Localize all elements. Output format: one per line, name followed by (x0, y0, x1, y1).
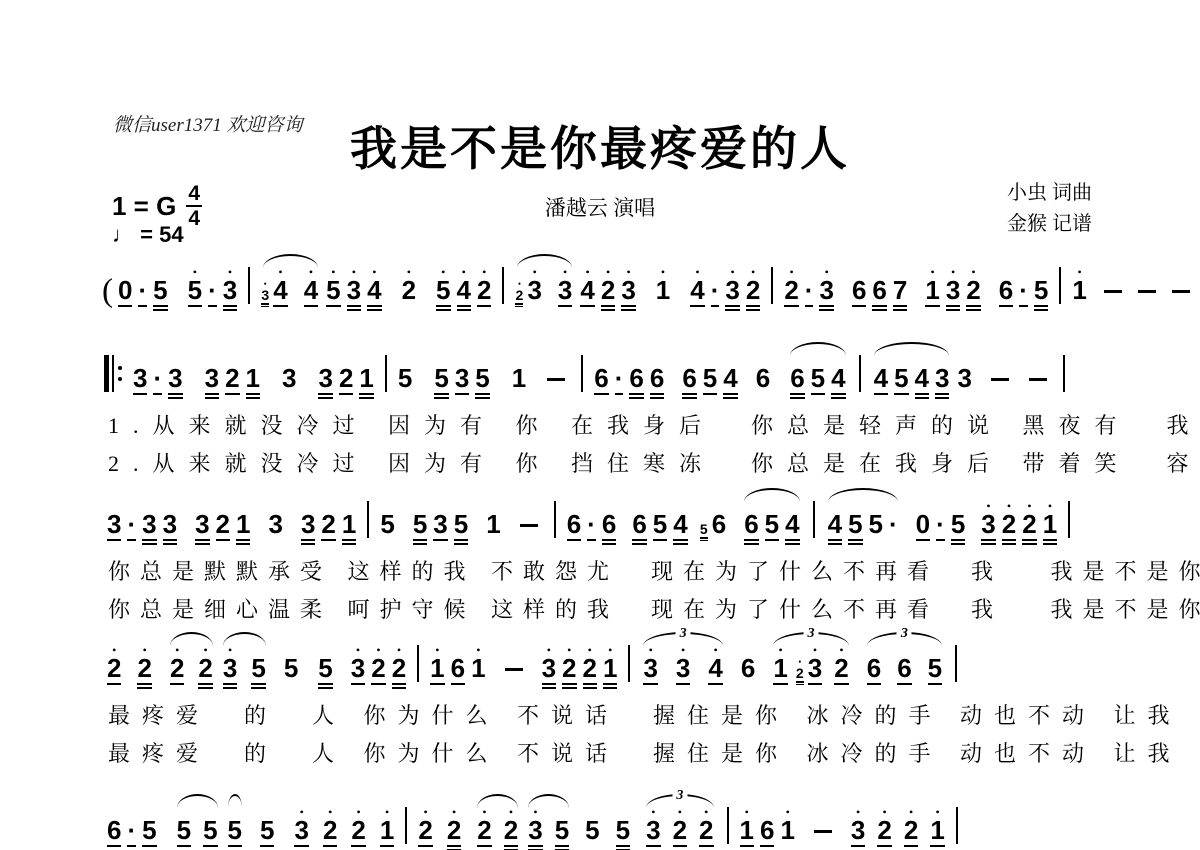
underline-stroke (744, 539, 758, 541)
note-digit: 3 (957, 366, 971, 391)
note: 6 (738, 645, 758, 692)
underline-stroke (153, 393, 162, 395)
underline-stroke (603, 683, 617, 685)
lyrics-verse-1: 最疼爱 的 人 你为什么 不说话 握住是你 冰冷的手 动也不动 让我 (104, 699, 1182, 730)
note-digit: 2 (601, 278, 615, 303)
underline-stroke (740, 845, 754, 847)
barline (955, 645, 957, 682)
rhythm-underline (723, 393, 737, 402)
rhythm-underline (107, 683, 121, 692)
underline-stroke (1034, 305, 1048, 307)
rhythm-underline (746, 305, 760, 314)
gap (299, 401, 315, 402)
note: 5 (1031, 267, 1051, 314)
gap (773, 401, 785, 402)
underline-stroke (447, 845, 461, 847)
rhythm-underline (653, 539, 667, 548)
note: •2 (501, 807, 521, 850)
rhythm-underline (1043, 539, 1057, 548)
tuplet-group: 3 6 6 5 (862, 630, 947, 692)
note: •3 (525, 807, 545, 850)
note-digit: · (1019, 278, 1028, 303)
sheet-music-page: 微信user1371 欢迎咨询 我是不是你最疼爱的人 潘越云 演唱 小虫 词曲 … (0, 0, 1200, 850)
rhythm-underline (925, 305, 939, 314)
underline-stroke (650, 397, 664, 399)
note: •1 (1069, 267, 1089, 314)
note: 5 (472, 355, 492, 402)
note-digit: 2 (392, 656, 406, 681)
note: 2 (336, 355, 356, 402)
note: 5 (395, 355, 415, 402)
note: 6 (564, 501, 584, 548)
note-digit: 3 (455, 366, 469, 391)
rhythm-underline (894, 393, 908, 402)
rhythm-underline (205, 393, 219, 402)
note-digit: 2 (784, 278, 798, 303)
barline (813, 501, 815, 538)
underline-stroke (1022, 539, 1036, 541)
gap (186, 401, 202, 402)
rhythm-underline (643, 683, 657, 692)
underline-stroke (339, 393, 353, 395)
rhythm-underline (228, 845, 242, 850)
underline-stroke (457, 309, 471, 311)
underline-stroke (796, 681, 804, 683)
gap (180, 547, 192, 548)
underline-stroke (562, 687, 576, 689)
note-digit: 3 (107, 512, 121, 537)
rhythm-underline (284, 683, 298, 692)
underline-stroke (246, 393, 260, 395)
rhythm-underline (682, 393, 696, 402)
underline-stroke (796, 684, 804, 686)
note-digit: 3 (851, 818, 865, 843)
note-digit: 4 (831, 366, 845, 391)
note: •4 (364, 267, 384, 314)
notation-row: 3 · 3 3 2 1 3 3 2 1 5 5 3 5 1 6 · 6 6 6 … (104, 340, 1200, 402)
slur-group: 6 5 4 (739, 486, 804, 548)
underline-stroke (107, 683, 121, 685)
underline-stroke (359, 393, 373, 395)
note: •4 (577, 267, 597, 314)
note: •4 (270, 267, 290, 314)
rhythm-underline (811, 393, 825, 402)
gap (975, 401, 983, 402)
rhythm-underline (930, 845, 944, 850)
note-digit: · (587, 512, 596, 537)
note-digit: 5 (894, 366, 908, 391)
rhythm-underline (528, 845, 542, 850)
note: 5 (377, 501, 397, 548)
underline-stroke (223, 687, 237, 689)
rhythm-underline (188, 305, 202, 314)
notation-line-5: 6 · 5 5 5 5 5•3•2•2•1•2•2•2•2•3 5 5 53•3… (104, 792, 966, 850)
lyrics-verse-1: 你总是默默承受 这样的我 不敢怨尤 现在为了什么不再看 我 我是不是你 (104, 555, 1200, 586)
grace-note: 5 (699, 515, 709, 543)
underline-stroke (936, 539, 945, 541)
underline-stroke (928, 683, 942, 685)
rhythm-underline (142, 845, 156, 850)
rhythm-underline (602, 539, 616, 548)
note: 3 (160, 501, 180, 548)
note: 5 (410, 501, 430, 548)
barline (405, 807, 407, 844)
notation-line-2: 3 · 3 3 2 1 3 3 2 1 5 5 3 5 1 6 · 6 6 6 … (104, 340, 1200, 478)
rhythm-underline (893, 305, 907, 314)
underline-stroke (848, 539, 862, 541)
underline-stroke (828, 543, 842, 545)
underline-stroke (1043, 539, 1057, 541)
sustain-dash (814, 830, 832, 833)
note-digit: 6 (594, 366, 608, 391)
underline-stroke (819, 305, 833, 307)
underline-stroke (831, 397, 845, 399)
note-digit: 3 (133, 366, 147, 391)
rhythm-underline (433, 539, 447, 548)
underline-stroke (142, 539, 156, 541)
note-digit: 6 (867, 656, 881, 681)
barline (727, 807, 729, 844)
note: 4 (912, 355, 932, 402)
underline-stroke (392, 683, 406, 685)
underline-stroke (725, 309, 739, 311)
lyrics-verse-2: 你总是细心温柔 呵护守候 这样的我 现在为了什么不再看 我 我是不是你 (104, 593, 1200, 624)
underline-stroke (784, 305, 798, 307)
note-digit: 1 (246, 366, 260, 391)
note: •2 (444, 807, 464, 850)
underline-stroke (632, 539, 646, 541)
note: •3 (848, 807, 868, 850)
slur-arc (790, 342, 845, 356)
gap (385, 313, 399, 314)
note: 6 (869, 267, 889, 314)
rhythm-underline (869, 539, 883, 548)
underline-stroke (897, 683, 911, 685)
slur-arc (517, 254, 572, 268)
rhythm-underline (765, 539, 779, 548)
note: 5 (925, 645, 945, 692)
note: 6 (894, 645, 914, 692)
note: 6 (753, 355, 773, 402)
note: 1 (483, 501, 503, 548)
note-digit: 2 (966, 278, 980, 303)
note: 6 (626, 355, 646, 402)
note-digit: 2 (418, 818, 432, 843)
rhythm-underline (601, 305, 615, 314)
note-digit: 1 (773, 656, 787, 681)
gap (691, 547, 699, 548)
note-digit: 4 (457, 278, 471, 303)
rhythm-underline (236, 539, 250, 548)
slur-group: 5 5 (172, 792, 223, 850)
note-digit: 2 (323, 818, 337, 843)
underline-stroke (872, 309, 886, 311)
rhythm-underline (447, 845, 461, 850)
note-digit: 3 (294, 818, 308, 843)
rhythm-underline (454, 539, 468, 548)
underline-stroke (168, 393, 182, 395)
rhythm-underline (436, 305, 450, 314)
note: 5 (582, 807, 602, 850)
note-digit: 2 (447, 818, 461, 843)
underline-stroke (195, 543, 209, 545)
underline-stroke (137, 687, 151, 689)
underline-stroke (583, 687, 597, 689)
notation-row: 6 · 5 5 5 5 5•3•2•2•1•2•2•2•2•3 5 5 53•3… (104, 792, 966, 850)
note-digit: 1 (380, 818, 394, 843)
note: 5 (613, 807, 633, 850)
note-digit: 5 (380, 512, 394, 537)
rhythm-underline (946, 305, 960, 314)
note: 6 (709, 501, 729, 548)
note-digit: 5 (284, 656, 298, 681)
note: 3 (265, 501, 285, 548)
note-digit: 3 (946, 278, 960, 303)
note: •3 (344, 267, 364, 314)
tuplet-number: 3 (897, 626, 912, 642)
note: 5 (552, 807, 572, 850)
note-digit: 1 (930, 818, 944, 843)
underline-stroke (916, 539, 930, 541)
rhythm-underline (785, 539, 799, 548)
note-digit: · (127, 818, 136, 843)
underline-stroke (893, 309, 907, 311)
gap (639, 313, 653, 314)
note-digit: 5 (326, 278, 340, 303)
note-digit: 3 (301, 512, 315, 537)
underline-stroke (107, 845, 121, 847)
note: •1 (922, 267, 942, 314)
underline-stroke (805, 305, 814, 307)
underline-stroke (392, 687, 406, 689)
tuplet-group: 3•3•3•4 (638, 630, 727, 692)
note: 5 (451, 501, 471, 548)
underline-stroke (367, 309, 381, 311)
underline-stroke (380, 845, 394, 847)
note-digit: 6 (632, 512, 646, 537)
rhythm-underline (1022, 539, 1036, 548)
note: •2 (399, 267, 419, 314)
underline-stroke (632, 543, 646, 545)
underline-stroke (808, 683, 822, 685)
note-digit: 5 (413, 512, 427, 537)
gap (291, 313, 301, 314)
rhythm-underline (223, 683, 237, 692)
note-digit: 2 (216, 512, 230, 537)
gap (301, 691, 315, 692)
underline-stroke (107, 539, 121, 541)
underline-stroke (1034, 309, 1048, 311)
underline-stroke (342, 539, 356, 541)
note: 1 (233, 501, 253, 548)
underline-stroke (163, 543, 177, 545)
gap (529, 401, 539, 402)
dot-of-dotted-note: · (124, 807, 139, 850)
note: •2 (831, 645, 851, 692)
underline-stroke (673, 539, 687, 541)
note: 5 (650, 501, 670, 548)
slur-arc (528, 794, 569, 808)
note: •1 (427, 645, 447, 692)
note-digit: 2 (583, 656, 597, 681)
rhythm-underline (646, 845, 660, 850)
underline-stroke (413, 539, 427, 541)
note: 4 (720, 355, 740, 402)
barline (859, 355, 861, 392)
rhythm-underline (915, 393, 929, 402)
note-digit: 2 (137, 656, 151, 681)
rhythm-underline (834, 683, 848, 692)
note: •1 (600, 645, 620, 692)
note-digit: 1 (780, 818, 794, 843)
gap (1017, 401, 1021, 402)
note-digit: · (153, 366, 162, 391)
sustain-dash (991, 378, 1009, 381)
dot-of-dotted-note: · (124, 501, 139, 548)
rhythm-underline (848, 539, 862, 548)
dot-of-dotted-note: · (584, 501, 599, 548)
note-digit: 1 (656, 278, 670, 303)
note-digit: 5 (434, 366, 448, 391)
rhythm-underline (1034, 305, 1048, 314)
gap (791, 691, 795, 692)
slur-group: 4 5 4 3 (869, 340, 955, 402)
gap (667, 401, 679, 402)
underline-stroke (542, 687, 556, 689)
note-digit: 6 (650, 366, 664, 391)
note-digit: 6 (872, 278, 886, 303)
rhythm-underline (170, 683, 184, 692)
rhythm-underline (585, 845, 599, 850)
rhythm-underline (153, 305, 167, 314)
underline-stroke (195, 539, 209, 541)
note-digit: 3 (351, 656, 365, 681)
underline-stroke (601, 309, 615, 311)
note-digit: 5 (475, 366, 489, 391)
note-digit: 2 (904, 818, 918, 843)
note-digit: 6 (756, 366, 770, 391)
underline-stroke (819, 309, 833, 311)
underline-stroke (475, 397, 489, 399)
slur-arc (223, 632, 266, 646)
rhythm-underline (402, 305, 416, 314)
underline-stroke (188, 305, 202, 307)
note-digit: 3 (282, 366, 296, 391)
note: 5 (257, 807, 277, 850)
note-digit: 3 (223, 278, 237, 303)
note-digit: 0 (916, 512, 930, 537)
rhythm-underline (301, 539, 315, 548)
rhythm-underline (127, 539, 136, 548)
note-digit: 2 (339, 366, 353, 391)
underline-stroke (177, 845, 191, 847)
note: •5 (323, 267, 343, 314)
underline-stroke (323, 845, 337, 847)
rhythm-underline (367, 305, 381, 314)
note: 6 (679, 355, 699, 402)
note-digit: 5 (153, 278, 167, 303)
rhythm-underline (1072, 305, 1086, 314)
note-digit: 6 (629, 366, 643, 391)
gap (504, 547, 512, 548)
underline-stroke (653, 539, 667, 541)
note-digit: 5 (700, 523, 708, 536)
sustain-dash (505, 668, 523, 671)
note-digit: 5 (454, 512, 468, 537)
note: 3 (452, 355, 472, 402)
note: •2 (474, 267, 494, 314)
rhythm-underline (580, 305, 594, 314)
underline-stroke (785, 539, 799, 541)
note: 6 (647, 355, 667, 402)
rhythm-underline (904, 845, 918, 850)
slur-group: •2•2 (165, 630, 218, 692)
underline-stroke (142, 543, 156, 545)
note-digit: 3 (268, 512, 282, 537)
rhythm-underline (699, 845, 713, 850)
underline-stroke (999, 305, 1013, 307)
note-digit: 6 (744, 512, 758, 537)
note-digit: 2 (225, 366, 239, 391)
note: •3 (291, 807, 311, 850)
underline-stroke (455, 393, 469, 395)
note-digit: 5 (703, 366, 717, 391)
note-digit: 3 (981, 512, 995, 537)
rhythm-underline (504, 845, 518, 850)
note: •2 (389, 645, 409, 692)
note-digit: 2 (1022, 512, 1036, 537)
note: •3 (220, 645, 240, 692)
rhythm-underline (392, 683, 406, 692)
underline-stroke (225, 393, 239, 395)
gap (419, 313, 433, 314)
rhythm-underline (142, 539, 156, 548)
rhythm-underline (1019, 305, 1028, 314)
gap (673, 313, 687, 314)
note: 6 (757, 807, 777, 850)
underline-stroke (699, 845, 713, 847)
rhythm-underline (567, 539, 581, 548)
underline-stroke (301, 543, 315, 545)
note-digit: 3 (347, 278, 361, 303)
underline-stroke (351, 683, 365, 685)
gap (253, 547, 265, 548)
notation-row: 3 · 3 3 3 2 1 3 3 2 1 5 5 3 5 1 6 · 6 6 … (104, 486, 1200, 548)
rhythm-underline (615, 393, 624, 402)
note: •1 (777, 807, 797, 850)
rhythm-underline (318, 393, 332, 402)
underline-stroke (261, 303, 269, 305)
rhythm-underline (966, 305, 980, 314)
dot-of-dotted-note: · (802, 267, 817, 314)
repeat-dot (118, 366, 122, 370)
note: 6 (104, 807, 124, 850)
rhythm-underline (471, 683, 485, 692)
note: •3 (805, 645, 825, 692)
note: •3 (673, 645, 693, 692)
underline-stroke (594, 393, 608, 395)
note: 3 (298, 501, 318, 548)
note-digit: 1 (925, 278, 939, 303)
notation-line-3: 3 · 3 3 3 2 1 3 3 2 1 5 5 3 5 1 6 · 6 6 … (104, 486, 1200, 624)
note-digit: 3 (643, 656, 657, 681)
note-digit: 3 (646, 818, 660, 843)
barline (628, 645, 630, 682)
underline-stroke (477, 305, 491, 307)
underline-stroke (246, 397, 260, 399)
note-digit: 5 (765, 512, 779, 537)
note: 6 (849, 267, 869, 314)
